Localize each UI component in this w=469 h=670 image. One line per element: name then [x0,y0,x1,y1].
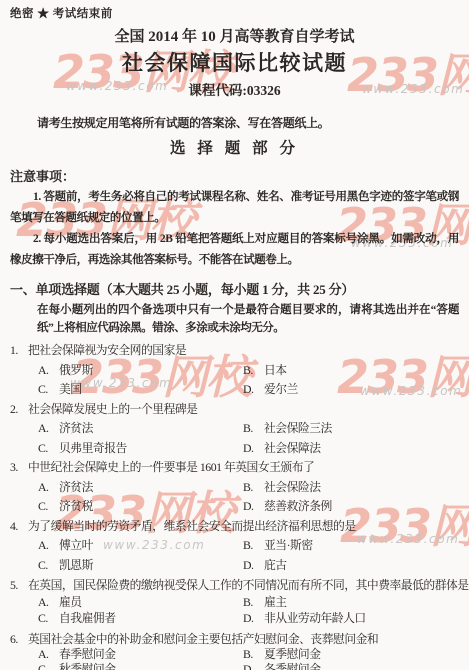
option-a: A.济贫法 [38,478,243,498]
option-text: 秋季慰问金 [59,662,116,670]
option-a: A.济贫法 [38,419,243,439]
option-text: 俄罗斯 [59,363,93,377]
option-label: C. [38,662,59,670]
option-d: D.非从业劳动年龄人口 [243,610,459,627]
option-label: A. [38,419,59,439]
option-a: A.雇员 [38,594,243,611]
option-text: 社会保障法 [264,441,321,455]
course-code: 课程代码:03326 [10,83,459,99]
option-c: C.济贫税 [38,497,243,517]
exam-session-title: 全国 2014 年 10 月高等教育自学考试 [10,28,459,47]
option-c: C.美国 [38,380,243,400]
option-b: B.亚当·斯密 [243,536,459,556]
question-6: 6. 英国社会基金中的补助金和慰问金主要包括产妇慰问金、丧葬慰问金和 A.春季慰… [10,632,459,670]
section-part-title: 选 择 题 部 分 [10,140,459,158]
option-label: B. [243,361,264,381]
option-label: D. [243,439,264,459]
question-number: 2. [10,400,28,420]
question-stem: 把社会保障视为安全网的国家是 [28,341,459,361]
option-a: A.俄罗斯 [38,361,243,381]
question-stem: 在英国，国民保险费的缴纳视受保人工作的不同情况而有所不同，其中费率最低的群体是 [28,577,469,594]
option-text: 凯恩斯 [59,558,93,572]
option-text: 爱尔兰 [264,382,298,396]
option-text: 济贫法 [59,480,93,494]
option-text: 夏季慰问金 [264,647,321,661]
question-5: 5. 在英国，国民保险费的缴纳视受保人工作的不同情况而有所不同，其中费率最低的群… [10,577,459,627]
option-label: C. [38,610,59,627]
notice-item-2: 2. 每小题选出答案后，用 2B 铅笔把答题纸上对应题目的答案标号涂黑。如需改动… [10,229,459,271]
option-b: B.社会保险法 [243,478,459,498]
option-b: B.夏季慰问金 [243,647,459,662]
option-label: A. [38,478,59,498]
option-d: D.冬季慰问金 [243,662,459,670]
question-number: 1. [10,341,28,361]
option-text: 春季慰问金 [59,647,116,661]
option-label: D. [243,662,264,670]
option-text: 雇主 [264,595,287,609]
option-label: C. [38,439,59,459]
option-text: 庇古 [264,558,287,572]
part-one-heading: 一、单项选择题（本大题共 25 小题，每小题 1 分，共 25 分） [10,282,459,298]
option-a: A.春季慰问金 [38,647,243,662]
classification-banner: 绝密 ★ 考试结束前 [10,8,459,21]
option-d: D.爱尔兰 [243,380,459,400]
option-label: D. [243,497,264,517]
option-label: B. [243,536,264,556]
option-c: C.秋季慰问金 [38,662,243,670]
option-text: 冬季慰问金 [264,662,321,670]
option-label: A. [38,594,59,611]
option-text: 亚当·斯密 [264,538,313,552]
option-label: A. [38,536,59,556]
question-2: 2. 社会保障发展史上的一个里程碑是 A.济贫法 B.社会保险三法 C.贝弗里奇… [10,400,459,459]
option-text: 济贫税 [59,499,93,513]
option-text: 非从业劳动年龄人口 [264,611,366,625]
exam-title: 社会保障国际比较试题 [10,50,459,76]
option-text: 济贫法 [59,421,93,435]
part-one-instruction: 在每小题列出的四个备选项中只有一个是最符合题目要求的，请将其选出并在“答题纸”上… [37,301,459,337]
option-c: C.贝弗里奇报告 [38,439,243,459]
option-label: C. [38,497,59,517]
option-label: B. [243,419,264,439]
question-stem: 社会保障发展史上的一个里程碑是 [28,400,459,420]
question-number: 4. [10,517,28,537]
option-label: C. [38,556,59,576]
option-label: D. [243,556,264,576]
exam-content: 绝密 ★ 考试结束前 全国 2014 年 10 月高等教育自学考试 社会保障国际… [0,0,469,670]
option-label: B. [243,478,264,498]
option-a: A.傅立叶 [38,536,243,556]
notice-item-1: 1. 答题前，考生务必将自己的考试课程名称、姓名、准考证号用黑色字迹的签字笔或钢… [10,187,459,229]
option-text: 贝弗里奇报告 [59,441,127,455]
option-label: A. [38,361,59,381]
question-number: 5. [10,577,28,594]
option-c: C.自我雇佣者 [38,610,243,627]
question-stem: 中世纪社会保障史上的一件要事是 1601 年英国女王颁布了 [28,458,459,478]
option-label: D. [243,610,264,627]
question-1: 1. 把社会保障视为安全网的国家是 A.俄罗斯 B.日本 C.美国 D.爱尔兰 [10,341,459,400]
option-d: D.社会保障法 [243,439,459,459]
option-text: 美国 [59,382,82,396]
option-b: B.社会保险三法 [243,419,459,439]
option-label: A. [38,647,59,662]
question-4: 4. 为了缓解当时的劳资矛盾，维系社会安全而提出经济福利思想的是 A.傅立叶 B… [10,517,459,576]
question-stem: 英国社会基金中的补助金和慰问金主要包括产妇慰问金、丧葬慰问金和 [28,632,459,647]
option-label: B. [243,647,264,662]
option-text: 日本 [264,363,287,377]
answer-sheet-instruction: 请考生按规定用笔将所有试题的答案涂、写在答题纸上。 [37,116,459,130]
option-label: C. [38,380,59,400]
question-number: 3. [10,458,28,478]
question-3: 3. 中世纪社会保障史上的一件要事是 1601 年英国女王颁布了 A.济贫法 B… [10,458,459,517]
question-number: 6. [10,632,28,647]
question-list: 1. 把社会保障视为安全网的国家是 A.俄罗斯 B.日本 C.美国 D.爱尔兰 … [10,341,459,670]
option-b: B.日本 [243,361,459,381]
question-stem: 为了缓解当时的劳资矛盾，维系社会安全而提出经济福利思想的是 [28,517,459,537]
option-label: B. [243,594,264,611]
notice-heading: 注意事项： [10,169,459,184]
option-b: B.雇主 [243,594,459,611]
option-text: 社会保险三法 [264,421,332,435]
option-c: C.凯恩斯 [38,556,243,576]
option-text: 自我雇佣者 [59,611,116,625]
option-text: 傅立叶 [59,538,93,552]
option-label: D. [243,380,264,400]
option-text: 社会保险法 [264,480,321,494]
option-text: 雇员 [59,595,82,609]
option-text: 慈善救济条例 [264,499,332,513]
exam-paper-page: 233网校 233网校 www.233.com www.233.com 233网… [0,0,469,670]
option-d: D.慈善救济条例 [243,497,459,517]
option-d: D.庇古 [243,556,459,576]
